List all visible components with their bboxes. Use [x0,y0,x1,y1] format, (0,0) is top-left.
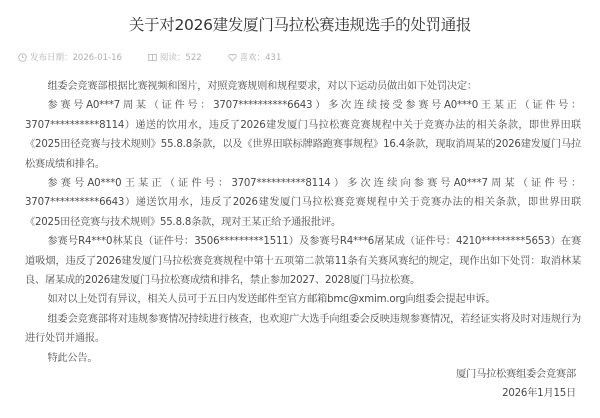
article-meta: 发布日期：2026-01-16 阅读：522 喜欢：431 [18,50,307,64]
article-body: 组委会竞赛部根据比赛视频和图片，对照竞赛规则和规程要求，对以下运动员做出如下处罚… [25,77,581,368]
paragraph-penalty-zhou: 参赛号A0***7周某（证件号：3707**********6643）多次连续接… [25,96,581,174]
clock-icon [18,53,27,62]
like-count[interactable]: 喜欢：431 [228,51,282,63]
publish-date: 发布日期：2026-01-16 [18,51,122,63]
paragraph-penalty-smoking: 参赛号R4***0林某良（证件号：3506*********1511）及参赛号R… [25,232,581,290]
heart-icon[interactable] [228,53,237,62]
signature-org: 厦门马拉松赛组委会竞赛部 [456,365,576,384]
view-count: 阅读：522 [148,51,202,63]
view-count-text: 阅读：522 [160,51,202,63]
paragraph-intro: 组委会竞赛部根据比赛视频和图片，对照竞赛规则和规程要求，对以下运动员做出如下处罚… [25,77,581,96]
signature-date: 2026年1月15日 [456,384,576,403]
publish-date-text: 发布日期：2026-01-16 [30,51,122,63]
paragraph-penalty-wang: 参赛号A0***0王某正（证件号：3707**********8114）多次连续… [25,174,581,232]
article-title: 关于对2026建发厦门马拉松赛违规选手的处罚通报 [0,13,600,35]
paragraph-review: 组委会竞赛部将对违规参赛情况持续进行核查，也欢迎广大选手向组委会反映违规参赛情况… [25,310,581,349]
book-icon [148,53,157,62]
like-count-text: 喜欢：431 [240,51,282,63]
signature: 厦门马拉松赛组委会竞赛部 2026年1月15日 [456,365,576,404]
paragraph-appeal: 如对以上处罚有异议，相关人员可于五日内发送邮件至官方邮箱bmc@xmim.org… [25,290,581,309]
